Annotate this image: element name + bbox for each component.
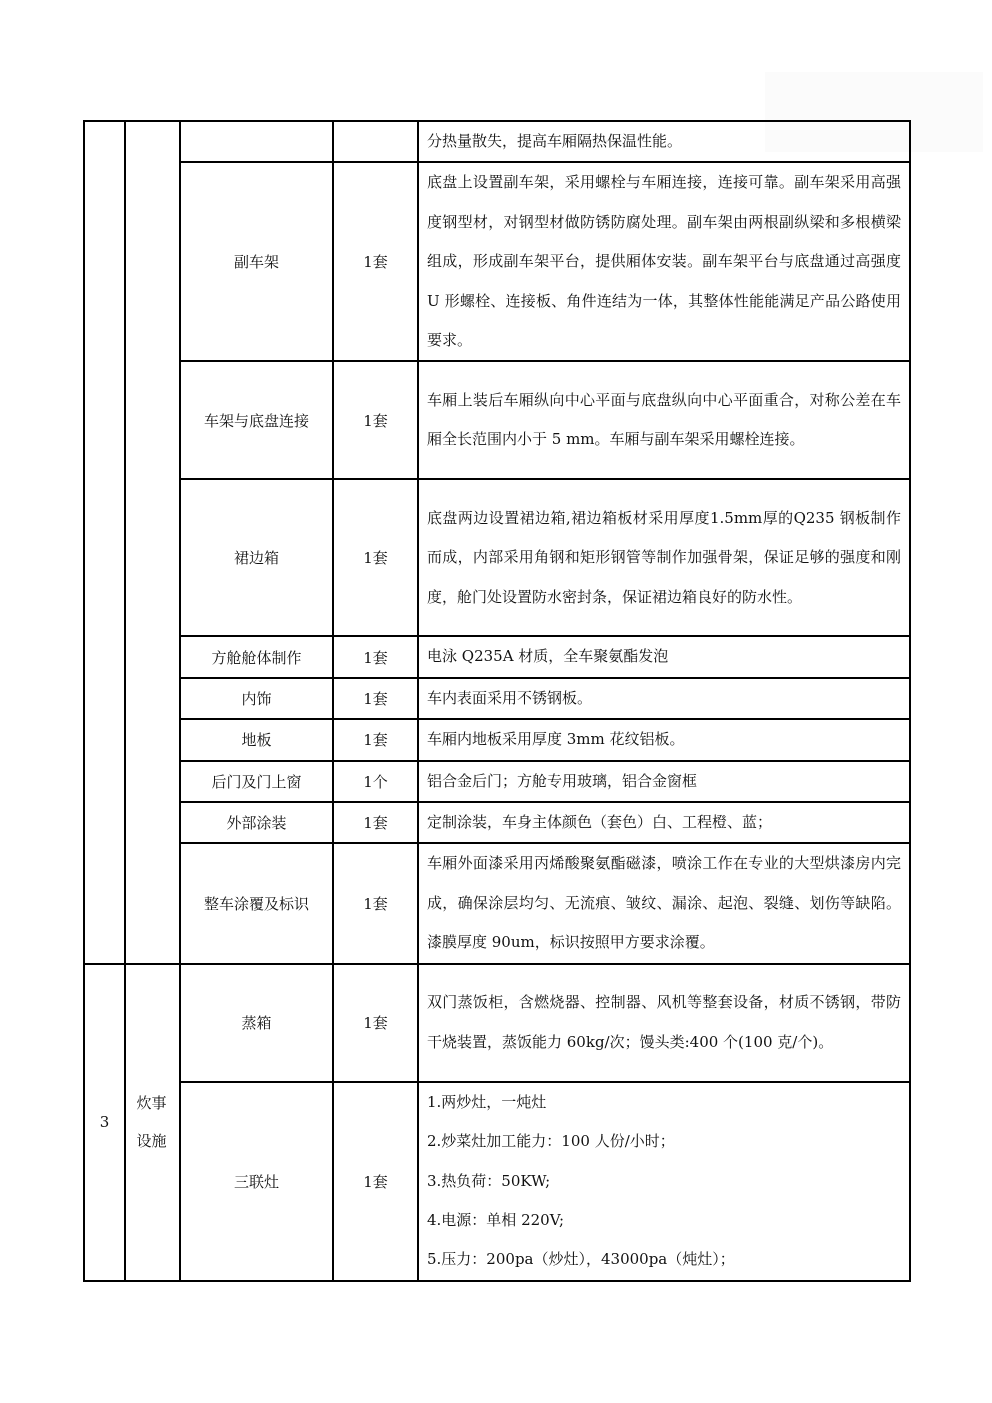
spec-table: 分热量散失，提高车厢隔热保温性能。副车架1套底盘上设置副车架，采用螺栓与车厢连接… — [83, 120, 911, 1282]
quantity-cell: 1套 — [333, 361, 418, 479]
category-label: 炊事 — [137, 1084, 169, 1122]
table-row: 方舱舱体制作1套电泳 Q235A 材质，全车聚氨酯发泡 — [84, 636, 910, 677]
table-row: 地板1套车厢内地板采用厚度 3mm 花纹铝板。 — [84, 719, 910, 760]
table-row: 整车涂覆及标识1套车厢外面漆采用丙烯酸聚氨酯磁漆，喷涂工作在专业的大型烘漆房内完… — [84, 843, 910, 963]
quantity-cell: 1套 — [333, 719, 418, 760]
description-text: 1.两炒灶，一炖灶 — [427, 1083, 901, 1122]
quantity-cell: 1套 — [333, 802, 418, 843]
description-text: 4.电源：单相 220V; — [427, 1201, 901, 1240]
quantity-cell — [333, 121, 418, 162]
description-cell: 定制涂装，车身主体颜色（套色）白、工程橙、蓝； — [418, 802, 910, 843]
description-cell: 铝合金后门；方舱专用玻璃，铝合金窗框 — [418, 761, 910, 802]
quantity-cell: 1套 — [333, 678, 418, 719]
description-cell: 车厢外面漆采用丙烯酸聚氨酯磁漆，喷涂工作在专业的大型烘漆房内完成，确保涂层均匀、… — [418, 843, 910, 963]
description-text: 铝合金后门；方舱专用玻璃，铝合金窗框 — [427, 762, 901, 801]
description-text: 2.炒菜灶加工能力：100 人份/小时； — [427, 1122, 901, 1161]
description-text: 车厢外面漆采用丙烯酸聚氨酯磁漆，喷涂工作在专业的大型烘漆房内完成，确保涂层均匀、… — [427, 844, 901, 962]
description-text: 双门蒸饭柜，含燃烧器、控制器、风机等整套设备，材质不锈钢，带防干烧装置，蒸饭能力… — [427, 983, 901, 1062]
description-text: 车厢上装后车厢纵向中心平面与底盘纵向中心平面重合，对称公差在车厢全长范围内小于 … — [427, 381, 901, 460]
item-name-cell: 整车涂覆及标识 — [180, 843, 333, 963]
quantity-cell: 1套 — [333, 964, 418, 1082]
table-row: 外部涂装1套定制涂装，车身主体颜色（套色）白、工程橙、蓝； — [84, 802, 910, 843]
item-name-cell: 副车架 — [180, 162, 333, 361]
description-cell: 电泳 Q235A 材质，全车聚氨酯发泡 — [418, 636, 910, 677]
quantity-cell: 1套 — [333, 843, 418, 963]
category-label: 设施 — [137, 1122, 169, 1160]
table-row: 三联灶1套1.两炒灶，一炖灶2.炒菜灶加工能力：100 人份/小时；3.热负荷：… — [84, 1082, 910, 1281]
table-row: 分热量散失，提高车厢隔热保温性能。 — [84, 121, 910, 162]
item-name-cell — [180, 121, 333, 162]
item-name-cell: 裙边箱 — [180, 479, 333, 636]
description-cell: 1.两炒灶，一炖灶2.炒菜灶加工能力：100 人份/小时；3.热负荷：50KW;… — [418, 1082, 910, 1281]
table-row: 车架与底盘连接1套车厢上装后车厢纵向中心平面与底盘纵向中心平面重合，对称公差在车… — [84, 361, 910, 479]
item-name-cell: 后门及门上窗 — [180, 761, 333, 802]
quantity-cell: 1套 — [333, 636, 418, 677]
table-row: 3炊事设施蒸箱1套双门蒸饭柜，含燃烧器、控制器、风机等整套设备，材质不锈钢，带防… — [84, 964, 910, 1082]
description-text: 电泳 Q235A 材质，全车聚氨酯发泡 — [427, 637, 901, 676]
description-text: 定制涂装，车身主体颜色（套色）白、工程橙、蓝； — [427, 803, 901, 842]
description-text: 5.压力：200pa（炒灶），43000pa（炖灶）； — [427, 1240, 901, 1279]
quantity-cell: 1套 — [333, 1082, 418, 1281]
category-cell — [125, 121, 180, 964]
item-name-cell: 方舱舱体制作 — [180, 636, 333, 677]
description-text: 底盘两边设置裙边箱,裙边箱板材采用厚度1.5mm厚的Q235 钢板制作而成，内部… — [427, 499, 901, 617]
category-cell: 炊事设施 — [125, 964, 180, 1281]
description-text: 分热量散失，提高车厢隔热保温性能。 — [427, 122, 901, 161]
description-cell: 车内表面采用不锈钢板。 — [418, 678, 910, 719]
description-cell: 底盘两边设置裙边箱,裙边箱板材采用厚度1.5mm厚的Q235 钢板制作而成，内部… — [418, 479, 910, 636]
item-number-cell: 3 — [84, 964, 125, 1281]
description-cell: 双门蒸饭柜，含燃烧器、控制器、风机等整套设备，材质不锈钢，带防干烧装置，蒸饭能力… — [418, 964, 910, 1082]
description-cell: 车厢上装后车厢纵向中心平面与底盘纵向中心平面重合，对称公差在车厢全长范围内小于 … — [418, 361, 910, 479]
description-cell: 车厢内地板采用厚度 3mm 花纹铝板。 — [418, 719, 910, 760]
table-row: 副车架1套底盘上设置副车架，采用螺栓与车厢连接，连接可靠。副车架采用高强度钢型材… — [84, 162, 910, 361]
description-text: 车内表面采用不锈钢板。 — [427, 679, 901, 718]
description-cell: 底盘上设置副车架，采用螺栓与车厢连接，连接可靠。副车架采用高强度钢型材，对钢型材… — [418, 162, 910, 361]
description-text: 3.热负荷：50KW; — [427, 1162, 901, 1201]
item-name-cell: 外部涂装 — [180, 802, 333, 843]
item-name-cell: 内饰 — [180, 678, 333, 719]
table-row: 裙边箱1套底盘两边设置裙边箱,裙边箱板材采用厚度1.5mm厚的Q235 钢板制作… — [84, 479, 910, 636]
description-text: 车厢内地板采用厚度 3mm 花纹铝板。 — [427, 720, 901, 759]
item-name-cell: 车架与底盘连接 — [180, 361, 333, 479]
item-number-cell — [84, 121, 125, 964]
description-text: 底盘上设置副车架，采用螺栓与车厢连接，连接可靠。副车架采用高强度钢型材，对钢型材… — [427, 163, 901, 360]
quantity-cell: 1个 — [333, 761, 418, 802]
description-cell: 分热量散失，提高车厢隔热保温性能。 — [418, 121, 910, 162]
item-name-cell: 蒸箱 — [180, 964, 333, 1082]
table-row: 后门及门上窗1个铝合金后门；方舱专用玻璃，铝合金窗框 — [84, 761, 910, 802]
quantity-cell: 1套 — [333, 479, 418, 636]
quantity-cell: 1套 — [333, 162, 418, 361]
table-row: 内饰1套车内表面采用不锈钢板。 — [84, 678, 910, 719]
item-name-cell: 三联灶 — [180, 1082, 333, 1281]
item-name-cell: 地板 — [180, 719, 333, 760]
